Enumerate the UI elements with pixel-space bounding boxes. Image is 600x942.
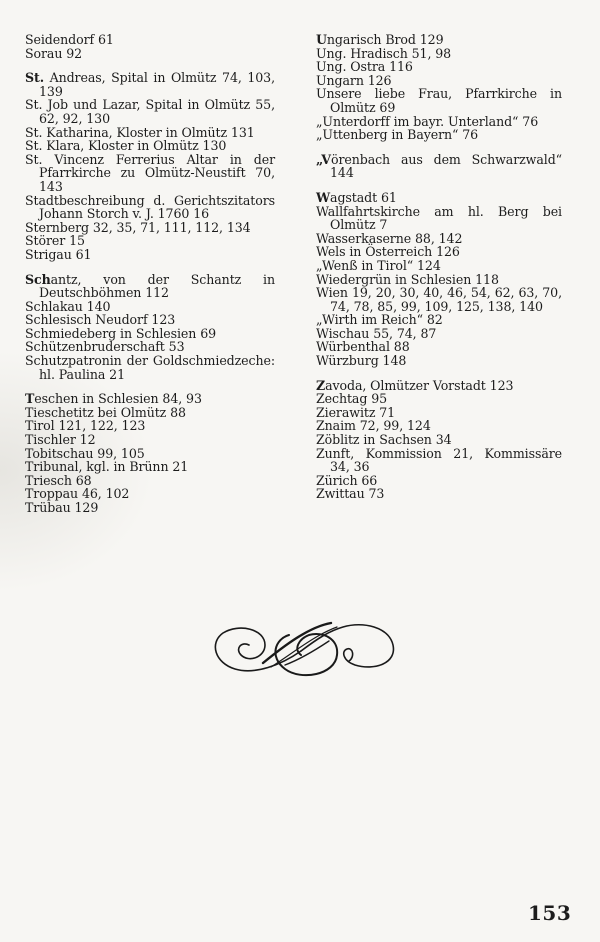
index-entry: Wien 19, 20, 30, 40, 46, 54, 62, 63, 70,… bbox=[316, 286, 562, 313]
index-entry: Zwittau 73 bbox=[316, 487, 562, 501]
index-entry: St. Job und Lazar, Spital in Olmütz 55, … bbox=[25, 98, 275, 125]
index-entry-text: Strigau 61 bbox=[25, 247, 91, 262]
index-letter-group: Seidendorf 61Sorau 92 bbox=[25, 33, 275, 60]
index-entry: „Wirth im Reich“ 82 bbox=[316, 313, 562, 327]
index-entry-text: Wallfahrtskirche am hl. Berg bei Olmütz … bbox=[316, 204, 562, 233]
index-entry: Tirol 121, 122, 123 bbox=[25, 419, 275, 433]
index-entry: Zunft, Kommission 21, Kommissäre 34, 36 bbox=[316, 447, 562, 474]
index-entry: Zöblitz in Sachsen 34 bbox=[316, 433, 562, 447]
index-entry-text: Zwittau 73 bbox=[316, 486, 384, 501]
index-entry-text: St. Vincenz Ferrerius Altar in der Pfarr… bbox=[25, 152, 275, 194]
index-entry: Zürich 66 bbox=[316, 474, 562, 488]
index-entry: Unsere liebe Frau, Pfarrkirche in Olmütz… bbox=[316, 87, 562, 114]
index-entry: Wischau 55, 74, 87 bbox=[316, 327, 562, 341]
index-entry: Schlesisch Neudorf 123 bbox=[25, 313, 275, 327]
index-entry: Ung. Hradisch 51, 98 bbox=[316, 47, 562, 61]
index-entry-text: örenbach aus dem Schwarzwald“ 144 bbox=[330, 152, 562, 181]
index-entry-text: Andreas, Spital in Olmütz 74, 103, 139 bbox=[39, 70, 275, 99]
index-entry-text: Zunft, Kommission 21, Kommissäre 34, 36 bbox=[316, 446, 562, 475]
index-entry: „Vörenbach aus dem Schwarzwald“ 144 bbox=[316, 153, 562, 180]
index-letter-group: St. Andreas, Spital in Olmütz 74, 103, 1… bbox=[25, 71, 275, 261]
index-entry-text: Stadtbeschreibung d. Gerichtszitators Jo… bbox=[25, 193, 275, 222]
index-entry-text: St. Job und Lazar, Spital in Olmütz 55, … bbox=[25, 97, 275, 126]
index-entry-text: Schutzpatronin der Goldschmiedzeche: hl.… bbox=[25, 353, 275, 382]
index-entry-lead: „V bbox=[316, 152, 331, 167]
index-letter-group: Wagstadt 61Wallfahrtskirche am hl. Berg … bbox=[316, 191, 562, 368]
index-entry: Wallfahrtskirche am hl. Berg bei Olmütz … bbox=[316, 205, 562, 232]
index-entry: Würzburg 148 bbox=[316, 354, 562, 368]
index-entry-text: Unsere liebe Frau, Pfarrkirche in Olmütz… bbox=[316, 86, 562, 115]
index-entry: Stadtbeschreibung d. Gerichtszitators Jo… bbox=[25, 194, 275, 221]
index-entry: Zavoda, Olmützer Vorstadt 123 bbox=[316, 379, 562, 393]
index-entry: Ung. Ostra 116 bbox=[316, 60, 562, 74]
index-entry: Wels in Österreich 126 bbox=[316, 245, 562, 259]
index-letter-group: Ungarisch Brod 129Ung. Hradisch 51, 98Un… bbox=[316, 33, 562, 142]
index-entry-text: antz, von der Schantz in Deutschböhmen 1… bbox=[39, 272, 275, 301]
index-entry: St. Klara, Kloster in Olmütz 130 bbox=[25, 139, 275, 153]
index-entry: „Uttenberg in Bayern“ 76 bbox=[316, 128, 562, 142]
index-entry: Strigau 61 bbox=[25, 248, 275, 262]
index-entry: Schlakau 140 bbox=[25, 300, 275, 314]
index-entry: „Unterdorff im bayr. Unterland“ 76 bbox=[316, 115, 562, 129]
index-entry: Wagstadt 61 bbox=[316, 191, 562, 205]
index-entry: Znaim 72, 99, 124 bbox=[316, 419, 562, 433]
index-entry: Tischler 12 bbox=[25, 433, 275, 447]
index-column-left: Seidendorf 61Sorau 92St. Andreas, Spital… bbox=[25, 33, 275, 526]
book-page: Seidendorf 61Sorau 92St. Andreas, Spital… bbox=[0, 0, 600, 942]
index-letter-group: Zavoda, Olmützer Vorstadt 123Zechtag 95Z… bbox=[316, 379, 562, 501]
index-entry: Tieschetitz bei Olmütz 88 bbox=[25, 406, 275, 420]
index-entry: Tribunal, kgl. in Brünn 21 bbox=[25, 460, 275, 474]
index-column-right: Ungarisch Brod 129Ung. Hradisch 51, 98Un… bbox=[316, 33, 562, 512]
index-entry-text: „Uttenberg in Bayern“ 76 bbox=[316, 127, 478, 142]
index-entry: St. Katharina, Kloster in Olmütz 131 bbox=[25, 126, 275, 140]
index-entry: Schmiedeberg in Schlesien 69 bbox=[25, 327, 275, 341]
index-entry: Störer 15 bbox=[25, 234, 275, 248]
index-entry: Schutzpatronin der Goldschmiedzeche: hl.… bbox=[25, 354, 275, 381]
index-entry: Triesch 68 bbox=[25, 474, 275, 488]
index-letter-group: Schantz, von der Schantz in Deutschböhme… bbox=[25, 273, 275, 382]
index-entry: Zechtag 95 bbox=[316, 392, 562, 406]
index-entry: Ungarn 126 bbox=[316, 74, 562, 88]
index-entry: Seidendorf 61 bbox=[25, 33, 275, 47]
index-entry-text: Wien 19, 20, 30, 40, 46, 54, 62, 63, 70,… bbox=[316, 285, 562, 314]
index-entry: St. Andreas, Spital in Olmütz 74, 103, 1… bbox=[25, 71, 275, 98]
index-entry-text: Würzburg 148 bbox=[316, 353, 406, 368]
index-entry: Wiedergrün in Schlesien 118 bbox=[316, 273, 562, 287]
index-entry: Schantz, von der Schantz in Deutschböhme… bbox=[25, 273, 275, 300]
index-entry: Schützenbruderschaft 53 bbox=[25, 340, 275, 354]
index-entry: Ungarisch Brod 129 bbox=[316, 33, 562, 47]
index-letter-group: „Vörenbach aus dem Schwarzwald“ 144 bbox=[316, 153, 562, 180]
index-entry: Troppau 46, 102 bbox=[25, 487, 275, 501]
index-entry: Tobitschau 99, 105 bbox=[25, 447, 275, 461]
index-entry: Zierawitz 71 bbox=[316, 406, 562, 420]
index-entry-text: Sorau 92 bbox=[25, 46, 82, 61]
index-entry: Trübau 129 bbox=[25, 501, 275, 515]
index-letter-group: Teschen in Schlesien 84, 93Tieschetitz b… bbox=[25, 392, 275, 514]
index-entry: Würbenthal 88 bbox=[316, 340, 562, 354]
page-number: 153 bbox=[528, 901, 571, 925]
calligraphic-flourish-icon bbox=[205, 605, 405, 690]
index-entry: Sorau 92 bbox=[25, 47, 275, 61]
index-entry: Teschen in Schlesien 84, 93 bbox=[25, 392, 275, 406]
index-entry-text: Trübau 129 bbox=[25, 500, 98, 515]
index-entry: St. Vincenz Ferrerius Altar in der Pfarr… bbox=[25, 153, 275, 194]
index-entry: „Wenß in Tirol“ 124 bbox=[316, 259, 562, 273]
index-entry: Sternberg 32, 35, 71, 111, 112, 134 bbox=[25, 221, 275, 235]
